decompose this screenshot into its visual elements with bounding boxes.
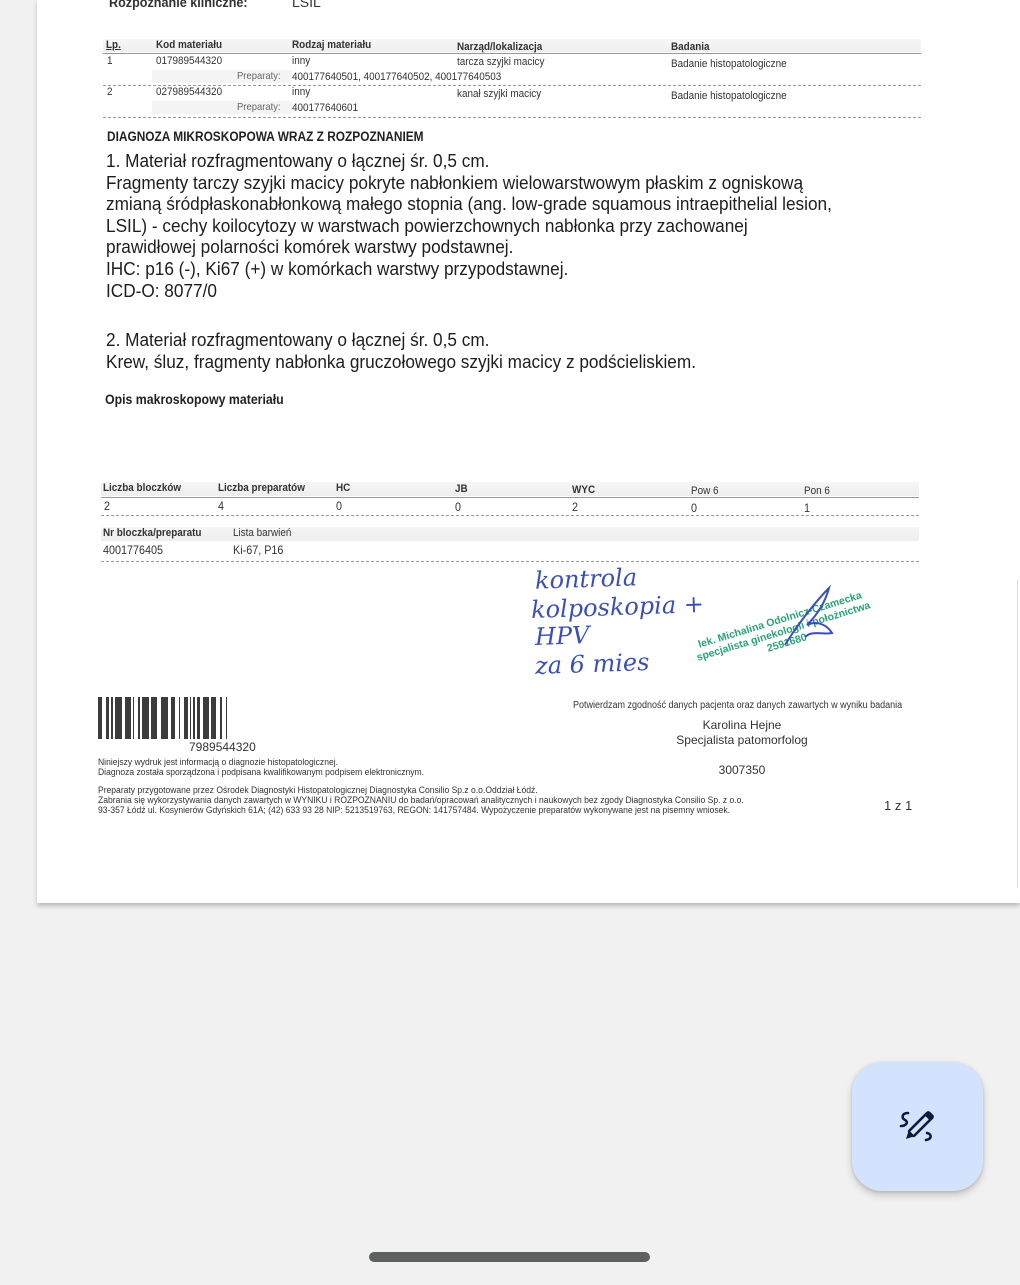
diagnosis-title: DIAGNOZA MIKROSKOPOWA WRAZ Z ROZPOZNANIE…	[107, 129, 424, 144]
footer-line-3: 93-357 Łódź ul. Kosynierów Gdyńskich 61A…	[98, 805, 730, 815]
barcode-bar	[138, 697, 140, 739]
col-organ: Narząd/lokalizacja	[457, 41, 542, 53]
barcode-bar	[106, 697, 109, 739]
col-code: Kod materiału	[156, 39, 222, 51]
barcode-bar	[226, 697, 227, 739]
barcode-bar	[115, 697, 122, 739]
barcode-bar	[184, 697, 188, 739]
confirmation-text: Potwierdzam zgodność danych pacjenta ora…	[573, 700, 902, 711]
draw-annotate-icon	[896, 1105, 940, 1149]
barcode-number: 7989544320	[189, 740, 256, 754]
barcode-bar	[220, 697, 222, 739]
barcode-bar	[111, 697, 113, 739]
barcode-bar	[211, 697, 216, 739]
clinical-diagnosis-label: Rozpoznanie kliniczne:	[109, 0, 248, 10]
pathologist-id: 3007350	[637, 763, 847, 777]
barcode	[98, 697, 229, 739]
annotate-button[interactable]	[852, 1062, 983, 1191]
pathologist-name: Karolina Hejne	[637, 718, 847, 732]
barcode-bar	[133, 697, 134, 739]
col-test: Badania	[671, 41, 710, 53]
barcode-bar	[161, 697, 168, 739]
clinical-diagnosis-value: LSIL	[292, 0, 321, 10]
col-type: Rodzaj materiału	[292, 39, 371, 51]
barcode-bar	[203, 697, 209, 739]
pathologist-title: Specjalista patomorfolog	[637, 733, 847, 747]
signature-icon	[777, 585, 847, 655]
page-edge	[1017, 580, 1018, 888]
barcode-bar	[190, 697, 191, 739]
diagnosis-item-1: 1. Materiał rozfragmentowany o łącznej ś…	[106, 150, 924, 301]
document-page: Rozpoznanie kliniczne: LSIL Lp. Kod mate…	[37, 0, 1020, 903]
barcode-bar	[98, 697, 102, 739]
disclaimer-line-1: Niniejszy wydruk jest informacją o diagn…	[98, 757, 338, 767]
barcode-bar	[193, 697, 195, 739]
barcode-bar	[151, 697, 157, 739]
barcode-bar	[142, 697, 149, 739]
barcode-bar	[197, 697, 200, 739]
navigation-handle[interactable]	[369, 1252, 650, 1262]
barcode-bar	[125, 697, 131, 739]
barcode-bar	[171, 697, 175, 739]
diagnosis-item-2: 2. Materiał rozfragmentowany o łącznej ś…	[106, 329, 794, 372]
footer-line-2: Zabrania się wykorzystywania danych zawa…	[98, 795, 744, 805]
col-lp: Lp.	[106, 39, 121, 51]
page-indicator: 1 z 1	[884, 798, 912, 813]
macroscopic-title: Opis makroskopowy materiału	[105, 391, 284, 407]
disclaimer-line-2: Diagnoza została sporządzona i podpisana…	[98, 767, 424, 777]
footer-line-1: Preparaty przygotowane przez Ośrodek Dia…	[98, 785, 538, 795]
barcode-bar	[179, 697, 180, 739]
